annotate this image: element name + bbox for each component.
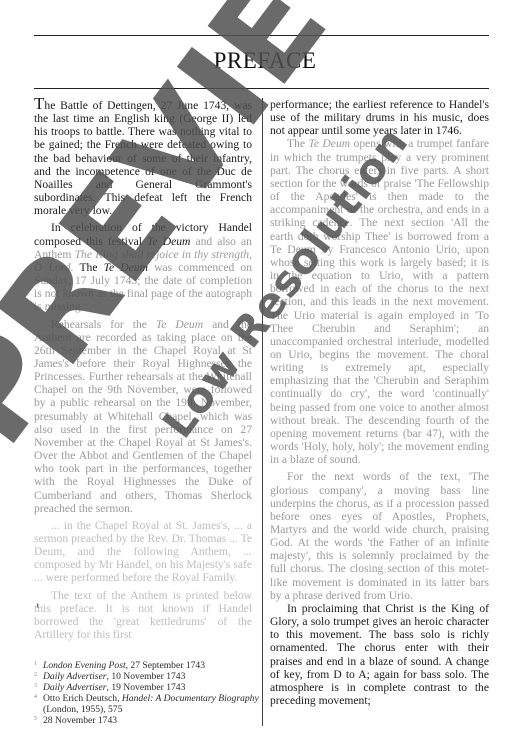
footnote-4-continuation: (London, 1955), 575 xyxy=(34,704,262,715)
footnote-5: 528 November 1743 xyxy=(34,715,262,726)
paragraph-quotation: ... in the Chapel Royal at St. James's, … xyxy=(34,519,252,585)
title-bottom-rule xyxy=(34,88,489,89)
column-divider xyxy=(262,98,263,726)
left-column: The Battle of Dettingen, 27 June 1743, w… xyxy=(34,98,252,641)
paragraph-anthem-text: The text of the Anthem is printed below … xyxy=(34,589,252,642)
paragraph-celebration: In celebration of the victory Handel com… xyxy=(34,221,252,313)
right-column: performance; the earliest reference to H… xyxy=(270,98,489,707)
footnote-separator-mark: ¹ xyxy=(36,602,39,613)
drop-cap: T xyxy=(34,94,44,113)
paragraph-performance: performance; the earliest reference to H… xyxy=(270,98,489,137)
footnote-2: 2Daily Advertiser, 10 November 1743 xyxy=(34,671,262,682)
paragraph-glorious-company: For the next words of the text, 'The glo… xyxy=(270,470,489,602)
paragraph-te-deum-opening: The Te Deum opens with a trumpet fanfare… xyxy=(270,137,489,466)
footnote-3: 3Daily Advertiser, 19 November 1743 xyxy=(34,682,262,693)
footnote-1: 1London Evening Post, 27 September 1743 xyxy=(34,660,262,671)
paragraph-rehearsals: Rehearsals for the Te Deum and the Anthe… xyxy=(34,318,252,515)
footnotes: 1London Evening Post, 27 September 1743 … xyxy=(34,660,262,727)
paragraph-battle: The Battle of Dettingen, 27 June 1743, w… xyxy=(34,98,252,217)
top-rule xyxy=(34,35,489,36)
page-title: PREFACE xyxy=(0,48,530,74)
paragraph-king-of-glory: In proclaiming that Christ is the King o… xyxy=(270,602,489,707)
footnote-4: 4Otto Erich Deutsch, Handel: A Documenta… xyxy=(34,693,262,704)
